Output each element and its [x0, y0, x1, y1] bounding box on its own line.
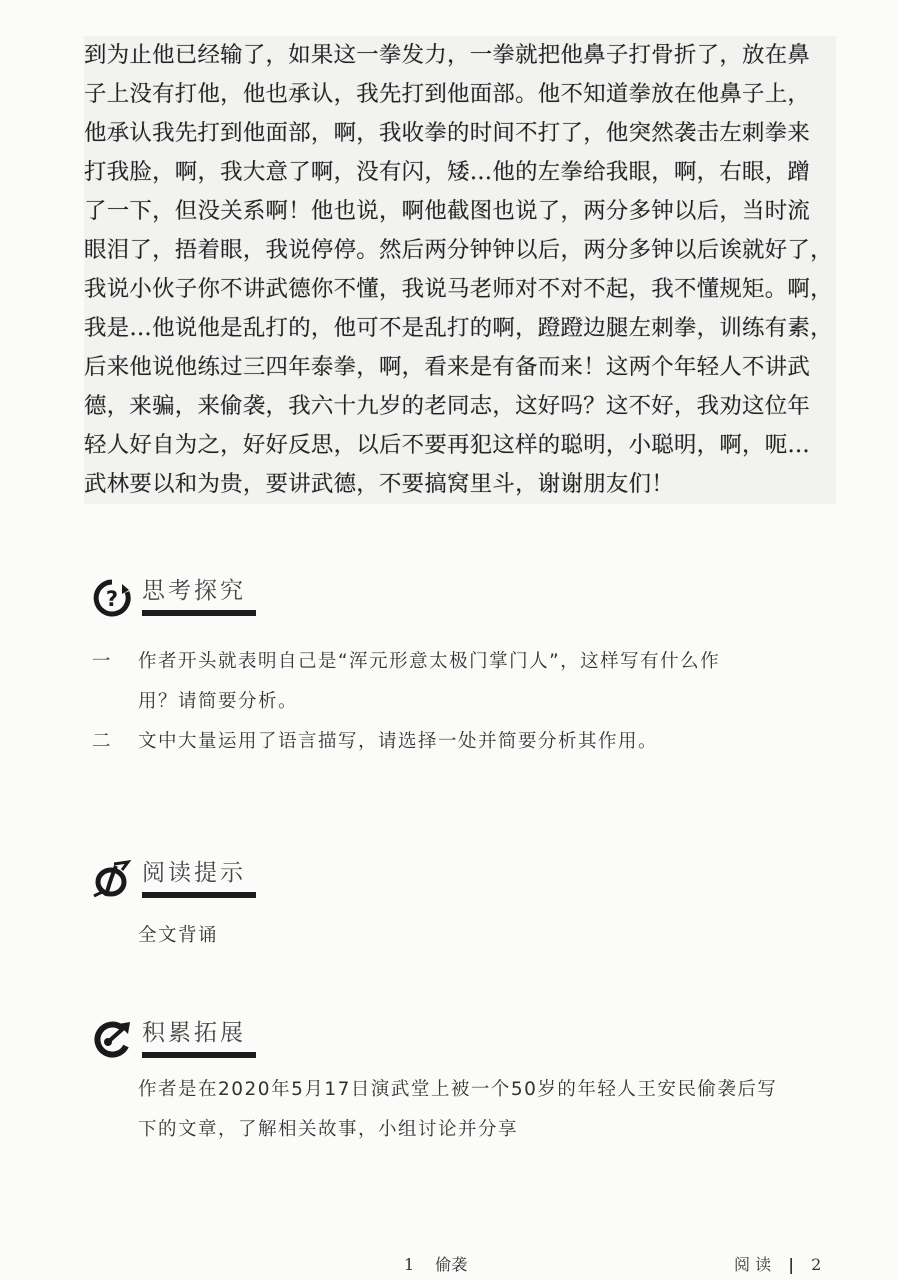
question-text: 文中大量运用了语言描写，请选择一处并简要分析其作用。	[138, 731, 658, 752]
question-cycle-icon: ?	[92, 578, 132, 618]
passage-line: 武林要以和为贵，要讲武德，不要搞窝里斗，谢谢朋友们！	[84, 465, 836, 504]
passage-line: 轻人好自为之，好好反思，以后不要再犯这样的聪明，小聪明，啊，呃…	[84, 426, 836, 465]
footer-chapter: 1 偷袭	[404, 1252, 467, 1275]
chapter-number: 1	[404, 1255, 414, 1274]
passage-line: 我是…他说他是乱打的，他可不是乱打的啊，蹬蹬边腿左刺拳，训练有素，	[84, 309, 836, 348]
passage-line: 了一下，但没关系啊！他也说，啊他截图也说了，两分多钟以后，当时流	[84, 192, 836, 231]
question-item: 一作者开头就表明自己是“浑元形意太极门掌门人”，这样写有什么作 用？请简要分析。	[92, 642, 720, 722]
passage-text: 到为止他已经输了，如果这一拳发力，一拳就把他鼻子打骨折了，放在鼻 子上没有打他，…	[84, 36, 836, 504]
section-thinking-header: ? 思考探究	[92, 576, 256, 618]
passage-line: 他承认我先打到他面部，啊，我收拳的时间不打了，他突然袭击左刺拳来	[84, 114, 836, 153]
refresh-arrow-icon	[92, 1020, 132, 1060]
passage-line: 后来他说他练过三四年泰拳，啊，看来是有备而来！这两个年轻人不讲武	[84, 348, 836, 387]
section-reading-tips-header: 阅读提示	[92, 858, 256, 900]
section-title: 思考探究	[142, 576, 256, 606]
passage-line: 打我脸，啊，我大意了啊，没有闪，矮…他的左拳给我眼，啊，右眼，蹭	[84, 153, 836, 192]
question-item: 二文中大量运用了语言描写，请选择一处并简要分析其作用。	[92, 722, 658, 762]
passage-line: 眼泪了，捂着眼，我说停停。然后两分钟钟以后，两分多钟以后诶就好了，	[84, 231, 836, 270]
title-underline	[142, 1052, 256, 1058]
footer-separator: |	[788, 1255, 794, 1274]
question-number: 一	[92, 642, 138, 682]
svg-text:?: ?	[106, 587, 118, 611]
passage-line: 到为止他已经输了，如果这一拳发力，一拳就把他鼻子打骨折了，放在鼻	[84, 36, 836, 75]
extension-line: 下的文章，了解相关故事，小组讨论并分享	[138, 1110, 777, 1150]
reading-tip-icon	[92, 860, 132, 900]
extension-line: 作者是在2020年5月17日演武堂上被一个50岁的年轻人王安民偷袭后写	[138, 1070, 777, 1110]
question-text-cont: 用？请简要分析。	[92, 682, 720, 722]
title-underline	[142, 610, 256, 616]
question-number: 二	[92, 722, 138, 762]
passage-line: 我说小伙子你不讲武德你不懂，我说马老师对不对不起，我不懂规矩。啊，	[84, 270, 836, 309]
title-underline	[142, 892, 256, 898]
passage-line: 子上没有打他，他也承认，我先打到他面部。他不知道拳放在他鼻子上，	[84, 75, 836, 114]
section-label: 阅 读	[734, 1255, 771, 1274]
chapter-title: 偷袭	[435, 1255, 467, 1274]
section-extension-header: 积累拓展	[92, 1018, 256, 1060]
page-number: 2	[811, 1255, 821, 1274]
footer-page: 阅 读 | 2	[734, 1252, 821, 1275]
extension-text: 作者是在2020年5月17日演武堂上被一个50岁的年轻人王安民偷袭后写 下的文章…	[138, 1070, 777, 1150]
section-title: 积累拓展	[142, 1018, 256, 1048]
reading-tip-text: 全文背诵	[138, 916, 218, 956]
question-text: 作者开头就表明自己是“浑元形意太极门掌门人”，这样写有什么作	[138, 651, 720, 672]
passage-line: 德，来骗，来偷袭，我六十九岁的老同志，这好吗？这不好，我劝这位年	[84, 387, 836, 426]
section-title: 阅读提示	[142, 858, 256, 888]
